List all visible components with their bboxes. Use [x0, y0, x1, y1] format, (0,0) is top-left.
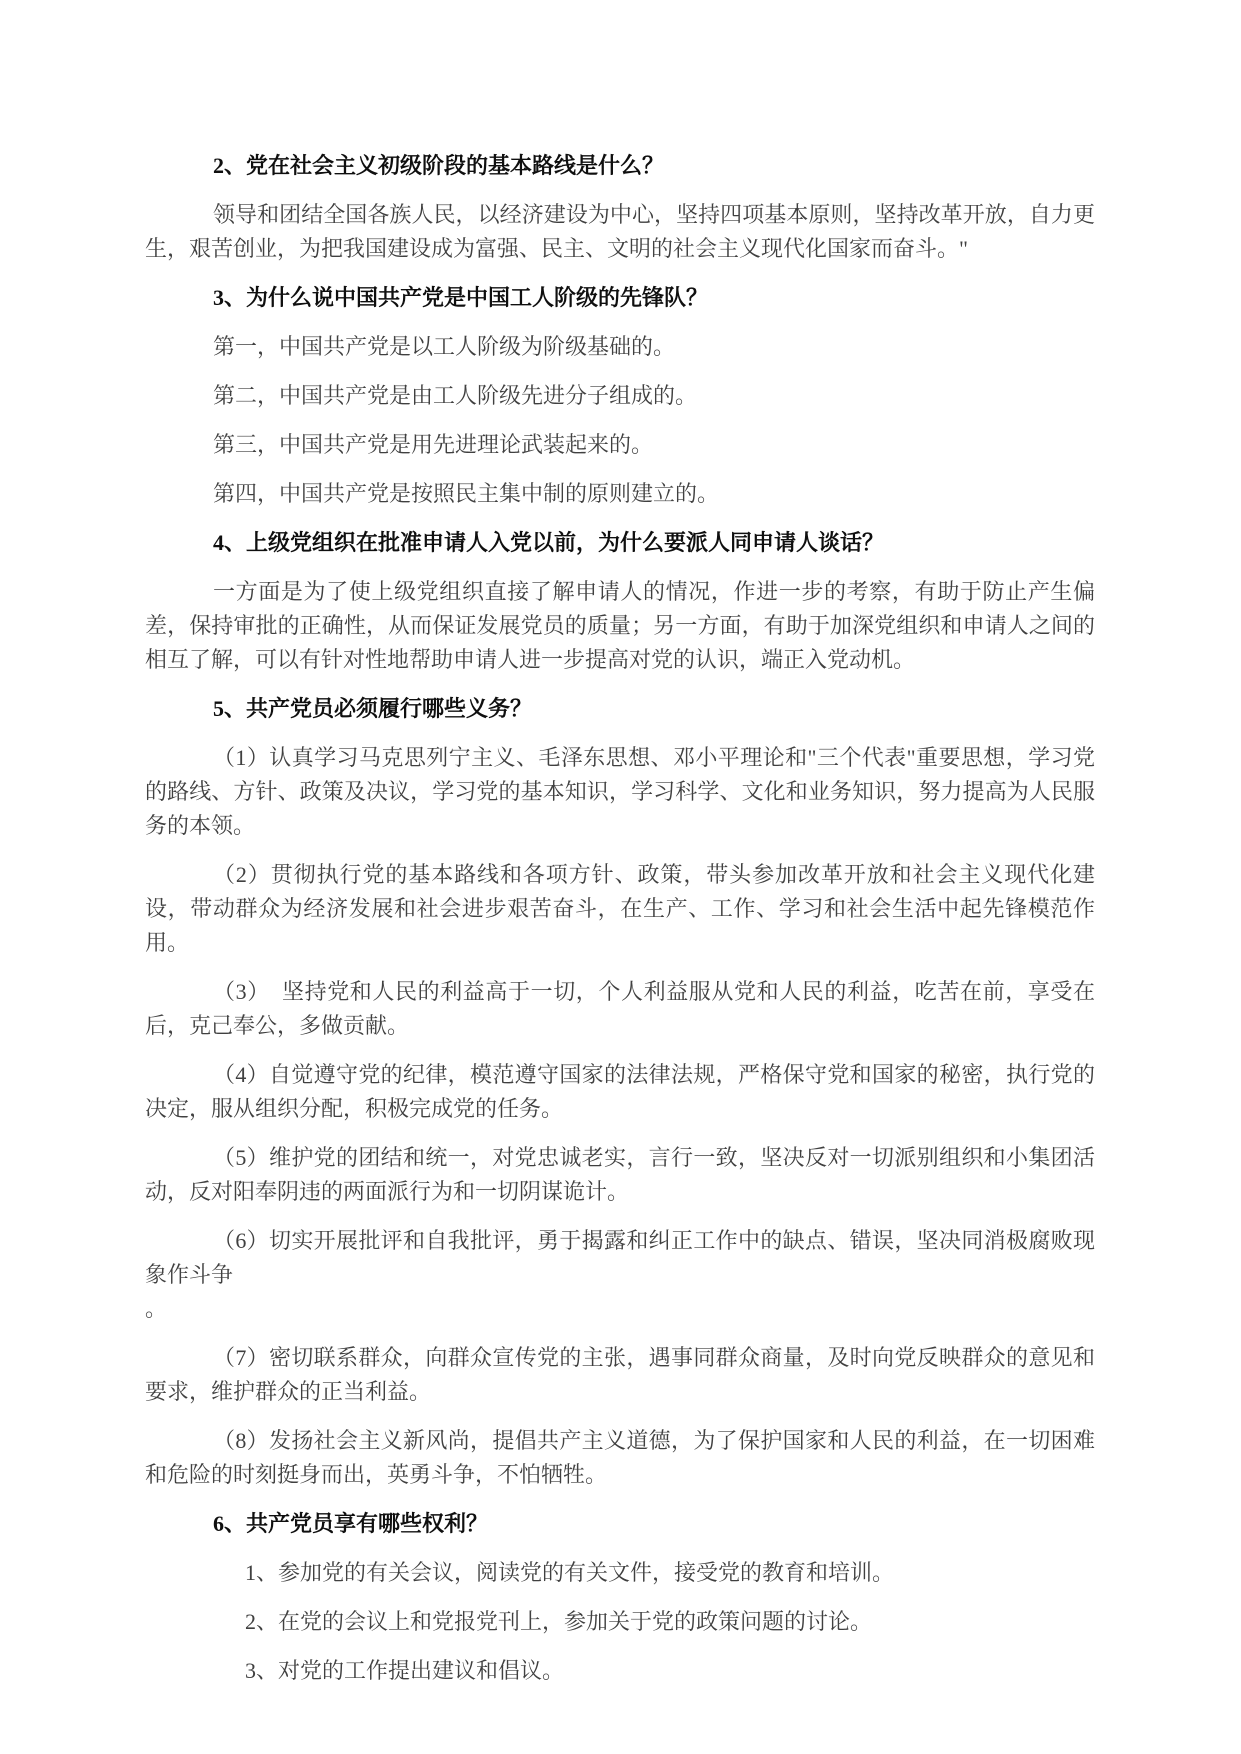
- answer-paragraph: （7）密切联系群众，向群众宣传党的主张，遇事同群众商量，及时向党反映群众的意见和…: [145, 1341, 1095, 1409]
- answer-paragraph: （6）切实开展批评和自我批评，勇于揭露和纠正工作中的缺点、错误，坚决同消极腐败现…: [145, 1224, 1095, 1326]
- rights-list-item: 3、对党的工作提出建议和倡议。: [145, 1654, 1095, 1688]
- answer-paragraph: （8）发扬社会主义新风尚，提倡共产主义道德，为了保护国家和人民的利益，在一切困难…: [145, 1424, 1095, 1492]
- question-heading: 6、共产党员享有哪些权利？: [145, 1507, 1095, 1541]
- answer-paragraph: （5）维护党的团结和统一，对党忠诚老实，言行一致，坚决反对一切派别组织和小集团活…: [145, 1141, 1095, 1209]
- answer-paragraph: 第三，中国共产党是用先进理论武装起来的。: [145, 428, 1095, 462]
- rights-list-item: 1、参加党的有关会议，阅读党的有关文件，接受党的教育和培训。: [145, 1556, 1095, 1590]
- document-page: 2、党在社会主义初级阶段的基本路线是什么？领导和团结全国各族人民，以经济建设为中…: [0, 0, 1241, 1754]
- answer-paragraph: 领导和团结全国各族人民，以经济建设为中心，坚持四项基本原则，坚持改革开放，自力更…: [145, 198, 1095, 266]
- answer-paragraph: 第一，中国共产党是以工人阶级为阶级基础的。: [145, 330, 1095, 364]
- answer-paragraph: （4）自觉遵守党的纪律，模范遵守国家的法律法规，严格保守党和国家的秘密，执行党的…: [145, 1058, 1095, 1126]
- question-heading: 5、共产党员必须履行哪些义务？: [145, 692, 1095, 726]
- document-body: 2、党在社会主义初级阶段的基本路线是什么？领导和团结全国各族人民，以经济建设为中…: [145, 149, 1095, 1688]
- question-heading: 4、上级党组织在批准申请人入党以前，为什么要派人同申请人谈话？: [145, 526, 1095, 560]
- rights-list-item: 2、在党的会议上和党报党刊上，参加关于党的政策问题的讨论。: [145, 1605, 1095, 1639]
- answer-paragraph: （3） 坚持党和人民的利益高于一切，个人利益服从党和人民的利益，吃苦在前，享受在…: [145, 975, 1095, 1043]
- answer-paragraph: （1）认真学习马克思列宁主义、毛泽东思想、邓小平理论和"三个代表"重要思想，学习…: [145, 741, 1095, 843]
- answer-paragraph: 第二，中国共产党是由工人阶级先进分子组成的。: [145, 379, 1095, 413]
- answer-paragraph: （2）贯彻执行党的基本路线和各项方针、政策，带头参加改革开放和社会主义现代化建设…: [145, 858, 1095, 960]
- answer-paragraph: 第四，中国共产党是按照民主集中制的原则建立的。: [145, 477, 1095, 511]
- question-heading: 3、为什么说中国共产党是中国工人阶级的先锋队？: [145, 281, 1095, 315]
- answer-paragraph: 一方面是为了使上级党组织直接了解申请人的情况，作进一步的考察，有助于防止产生偏差…: [145, 575, 1095, 677]
- question-heading: 2、党在社会主义初级阶段的基本路线是什么？: [145, 149, 1095, 183]
